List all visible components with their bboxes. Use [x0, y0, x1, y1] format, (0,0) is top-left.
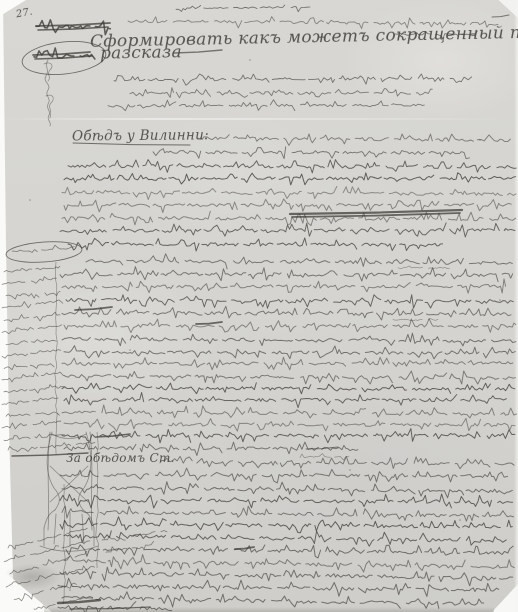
handwriting-line	[198, 134, 510, 146]
handwriting-line	[64, 346, 515, 359]
manuscript-title-line-2: разсказа	[100, 42, 182, 63]
ink-speck	[61, 586, 63, 588]
margin-note	[2, 275, 57, 286]
margin-note	[6, 338, 57, 345]
handwriting-line	[60, 517, 512, 533]
margin-note	[13, 581, 77, 603]
strike-through	[196, 322, 222, 324]
handwriting-line	[86, 254, 512, 269]
paragraph-start-words: За обѣдомъ Ст.	[66, 451, 175, 465]
strike-through	[38, 27, 108, 30]
margin-note	[2, 348, 61, 358]
margin-note	[4, 361, 54, 371]
dash-stroke	[492, 15, 509, 17]
margin-note	[6, 410, 60, 419]
ink-speck	[504, 229, 506, 231]
handwriting-line	[68, 160, 516, 173]
interlinear-addition	[300, 454, 349, 461]
chalice-figure-sketch	[54, 514, 56, 544]
handwriting-line	[60, 494, 513, 508]
handwriting-line	[60, 468, 508, 483]
handwriting-line	[64, 418, 515, 431]
handwriting-line	[62, 306, 511, 320]
margin-note	[9, 549, 88, 575]
handwriting-line	[62, 429, 515, 443]
margin-note	[4, 265, 60, 273]
handwriting-line	[60, 223, 515, 237]
margin-note	[3, 538, 90, 562]
handwriting-line	[153, 147, 469, 159]
chalice-figure-sketch	[90, 432, 92, 530]
handwriting-line	[62, 506, 514, 521]
handwriting-line	[108, 100, 424, 111]
handwriting-line	[62, 405, 517, 418]
margin-note	[4, 311, 61, 324]
ink-speck	[479, 139, 481, 141]
interlinear-addition	[398, 266, 450, 269]
strike-through	[235, 547, 254, 549]
handwriting-line	[64, 393, 507, 408]
margin-note	[2, 369, 64, 383]
handwriting-line	[130, 88, 432, 98]
strike-through	[36, 23, 110, 26]
margin-note	[2, 297, 63, 311]
margin-note	[6, 291, 60, 300]
ink-speck	[249, 59, 251, 61]
handwriting-line	[114, 74, 472, 85]
margin-scribble-sketch	[45, 60, 50, 118]
ink-speck	[499, 299, 501, 301]
handwriting-line	[58, 578, 499, 596]
ink-speck	[29, 199, 31, 201]
strike-through	[58, 600, 100, 603]
handwriting-line	[62, 482, 512, 498]
handwriting-line	[64, 371, 516, 384]
handwriting-line	[62, 333, 516, 346]
margin-note	[2, 323, 62, 334]
margin-note	[2, 418, 62, 430]
margin-note	[5, 563, 94, 588]
handwriting-line	[64, 319, 516, 333]
handwriting-line	[68, 238, 443, 251]
ink-speck	[69, 589, 71, 591]
ink-speck	[349, 469, 351, 471]
section-heading: Обѣдъ у Вилинни:	[72, 127, 209, 144]
handwriting-line	[62, 383, 515, 394]
handwriting-line	[60, 267, 513, 282]
margin-note	[2, 396, 58, 405]
chalice-figure-sketch	[44, 510, 55, 528]
manuscript-scan: 27. Сформировать какъ можетъ сокращенный…	[0, 0, 518, 612]
handwriting-line	[62, 279, 506, 293]
handwriting-line	[64, 173, 516, 185]
handwriting-line	[60, 567, 513, 586]
ink-speck	[459, 519, 461, 521]
margin-note	[105, 540, 154, 555]
margin-scribble-sketch	[46, 95, 53, 126]
ink-speck	[129, 349, 131, 351]
handwriting-line	[66, 545, 513, 558]
handwriting-line	[66, 295, 513, 309]
interlinear-addition	[393, 319, 438, 321]
vertical-pen-line	[55, 262, 58, 454]
handwriting-line	[160, 456, 514, 468]
handwriting-ink-layer	[0, 0, 518, 612]
handwriting-line	[62, 592, 484, 609]
handwriting-line	[64, 531, 506, 546]
handwriting-line	[62, 187, 516, 200]
handwriting-line	[62, 357, 513, 370]
handwriting-line	[176, 5, 310, 12]
handwriting-line	[64, 555, 514, 573]
